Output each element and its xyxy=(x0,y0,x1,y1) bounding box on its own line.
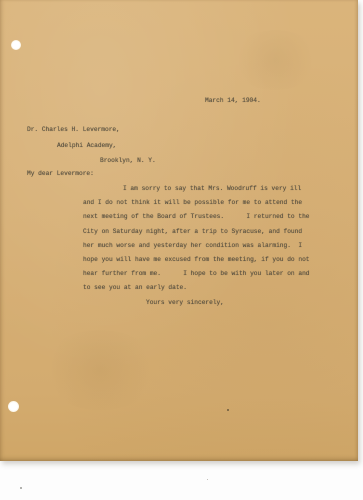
body-line: City on Saturday night, after a trip to … xyxy=(83,225,311,239)
body-line: to see you at an early date. xyxy=(83,281,311,295)
recipient-city: Brooklyn, N. Y. xyxy=(100,158,156,164)
salutation: My dear Levermore: xyxy=(27,171,94,177)
body-line: and I do not think it will be possible f… xyxy=(83,196,311,210)
letter-body: I am sorry to say that Mrs. Woodruff is … xyxy=(83,182,311,296)
recipient-institution: Adelphi Academy, xyxy=(57,143,116,149)
body-line: hope you will have me excused from the m… xyxy=(83,253,311,267)
letter-date: March 14, 1904. xyxy=(205,98,261,104)
body-line: I am sorry to say that Mrs. Woodruff is … xyxy=(83,182,311,196)
letter-page: March 14, 1904. Dr. Charles H. Levermore… xyxy=(0,0,358,461)
body-line: her much worse and yesterday her conditi… xyxy=(83,239,311,253)
closing: Yours very sincerely, xyxy=(146,300,224,306)
scan-background: March 14, 1904. Dr. Charles H. Levermore… xyxy=(0,0,363,500)
recipient-name: Dr. Charles H. Levermore, xyxy=(27,127,120,133)
scan-speck xyxy=(20,487,22,489)
ink-speck xyxy=(227,409,229,411)
paper-stain xyxy=(40,330,160,410)
punch-hole-top xyxy=(11,40,21,50)
scan-speck xyxy=(207,479,208,480)
body-line: hear further from me. I hope to be with … xyxy=(83,267,311,281)
paper-stain xyxy=(230,30,320,90)
punch-hole-bottom xyxy=(8,401,19,412)
body-line: next meeting of the Board of Trustees. I… xyxy=(83,210,311,224)
